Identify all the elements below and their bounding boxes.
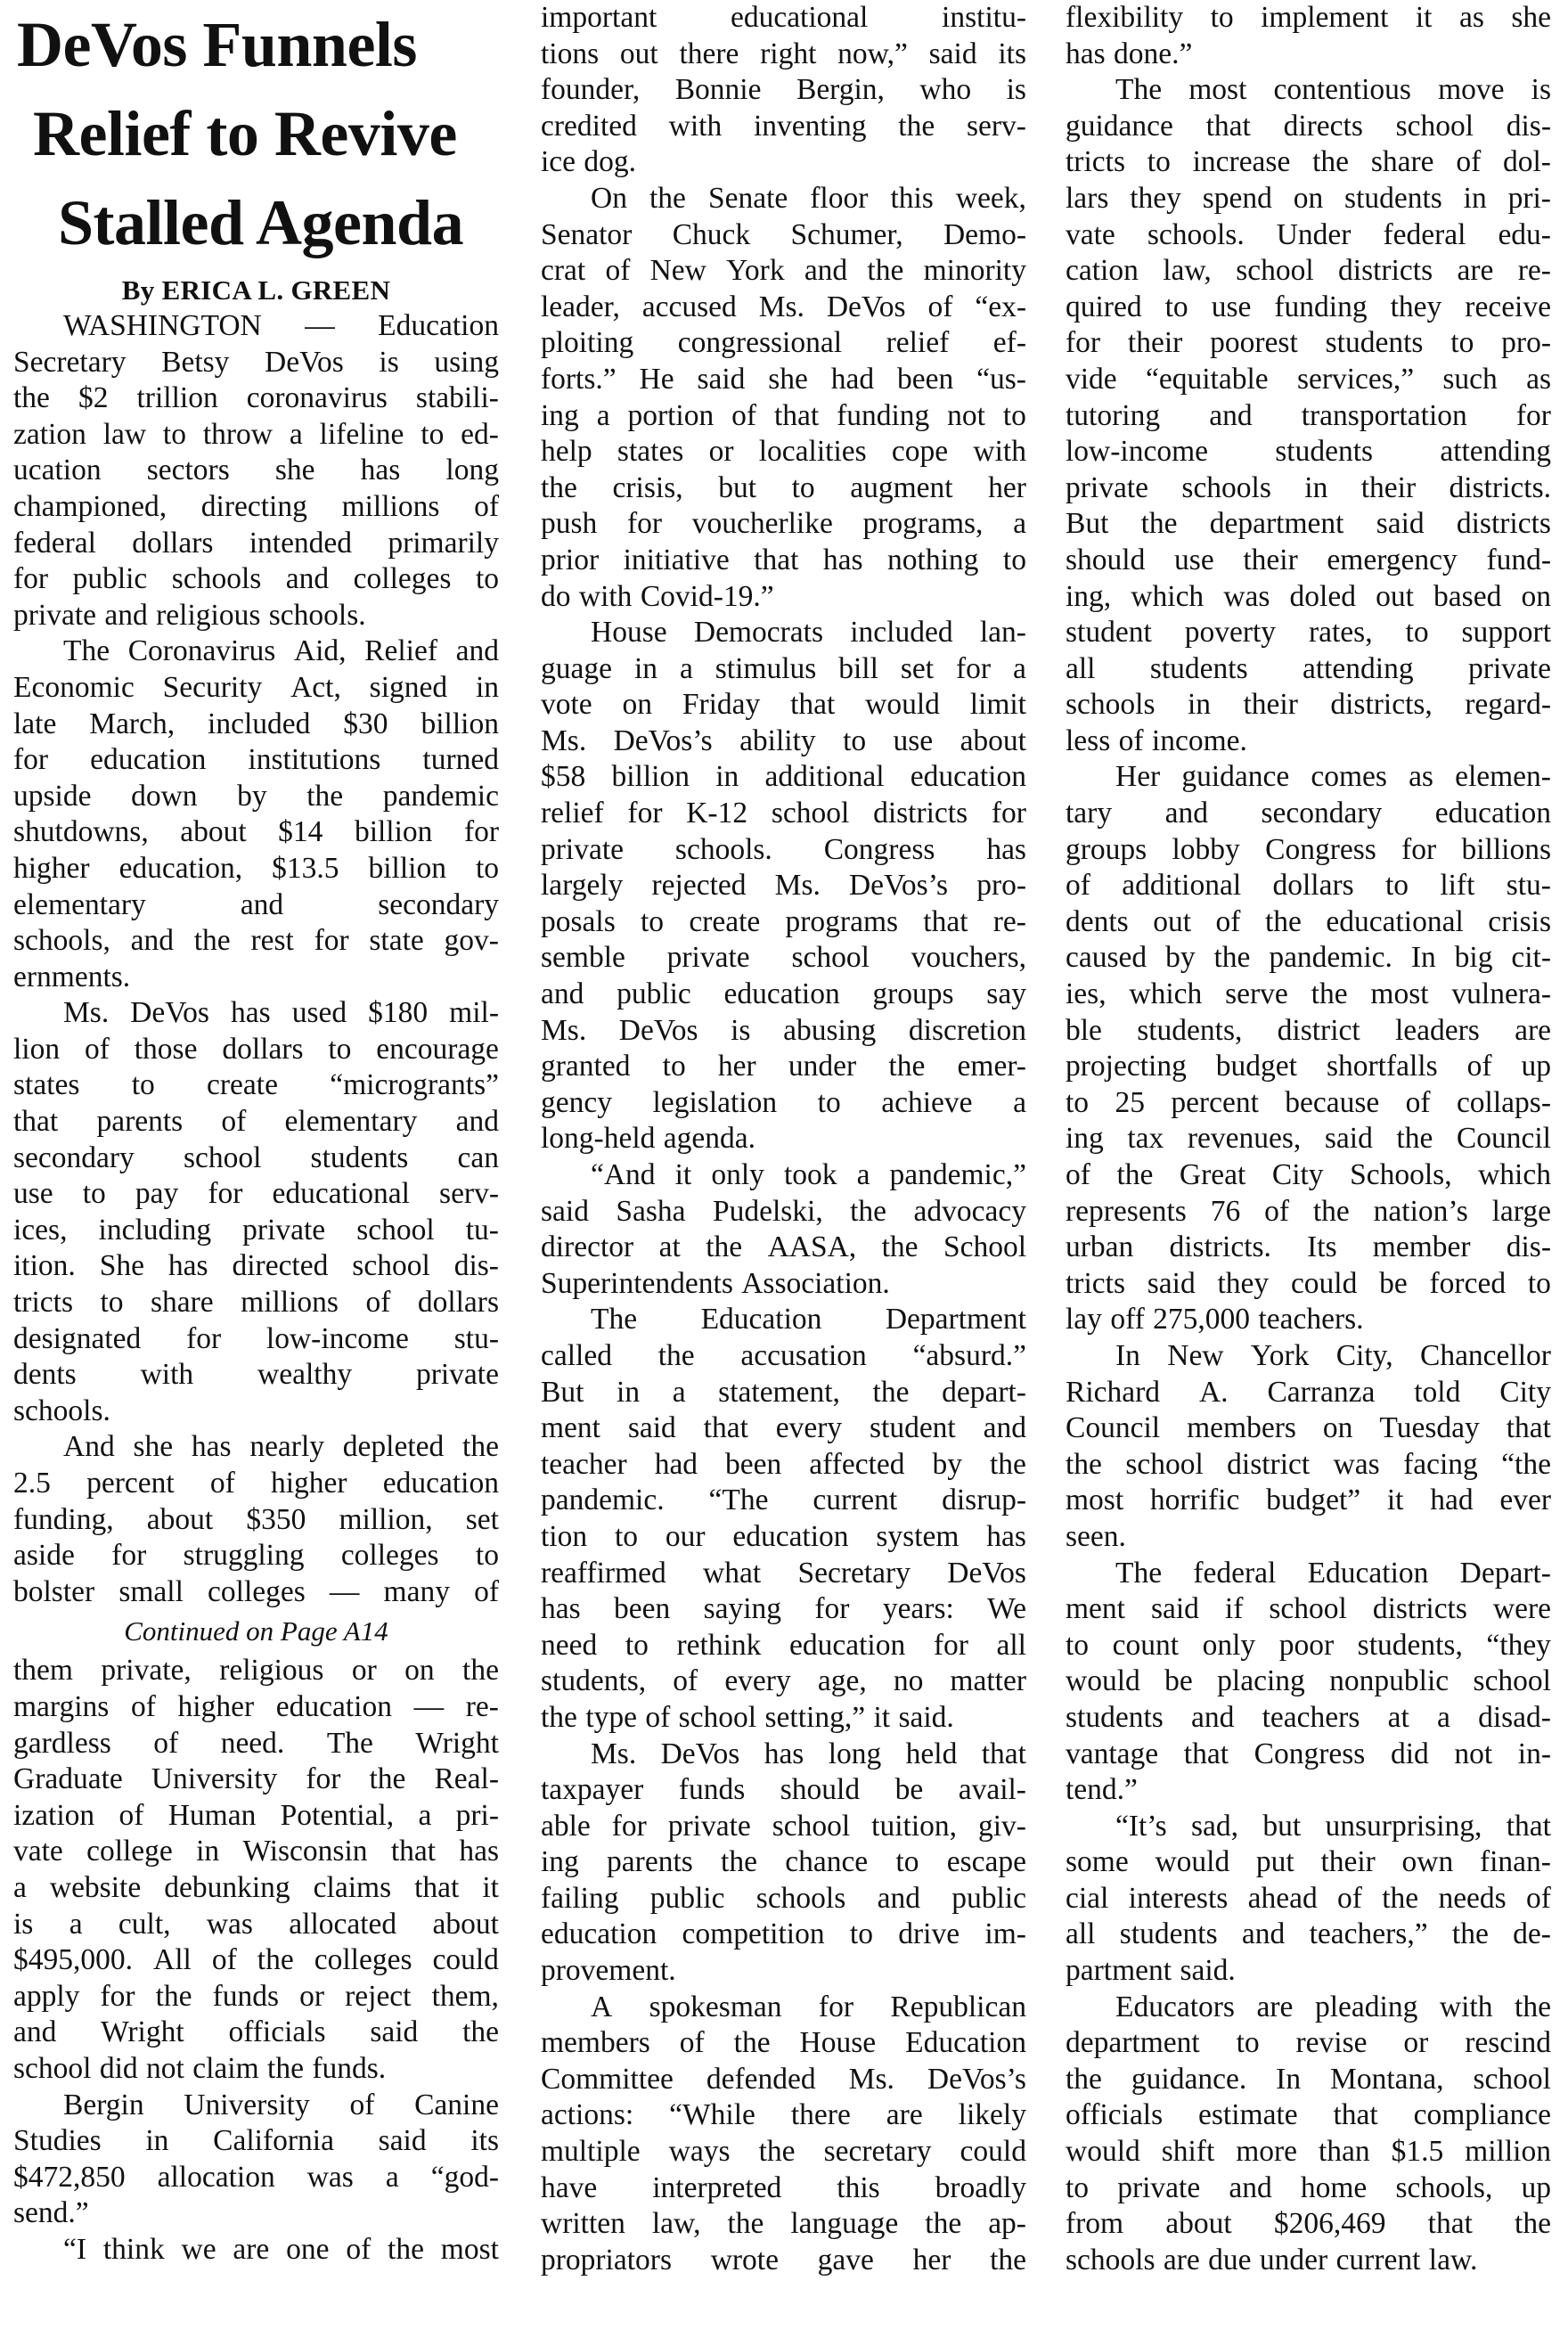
text-line: $58billioninadditionaleducation [541, 759, 1026, 796]
article-paragraph: Themostcontentiousmoveisguidancethatdire… [1066, 72, 1551, 759]
text-line: “Ithinkweareoneofthemost [13, 2232, 499, 2268]
jump-line: Continued on Page A14 [13, 1610, 499, 1653]
text-line: projectingbudgetshortfallsofup [1066, 1049, 1551, 1085]
text-line: izationofHumanPotential,apri- [13, 1798, 499, 1835]
text-line: schooldidnotclaimthefunds. [13, 2051, 499, 2088]
text-line: departmenttoreviseorrescind [1066, 2025, 1551, 2062]
text-line: grantedtoherundertheemer- [541, 1049, 1026, 1085]
text-line: reliefforK-12schooldistrictsfor [541, 796, 1026, 832]
text-line: represents76ofthenation’slarge [1066, 1194, 1551, 1230]
text-line: SenatorChuckSchumer,Demo- [541, 217, 1026, 254]
text-line: dowithCovid-19.” [541, 579, 1026, 616]
column-2: importanteducationalinstitu-tionsoutther… [541, 0, 1026, 2278]
text-line: lionofthosedollarstoencourage [13, 1032, 499, 1068]
text-line: multiplewaysthesecretarycould [541, 2134, 1026, 2170]
text-line: to25percentbecauseofcollaps- [1066, 1085, 1551, 1122]
text-line: vatecollegeinWisconsinthathas [13, 1834, 499, 1870]
text-line: tutoringandtransportationfor [1066, 398, 1551, 435]
article-paragraph: flexibilitytoimplementitasshehasdone.” [1066, 0, 1551, 72]
text-line: teacherhadbeenaffectedbythe [541, 1447, 1026, 1484]
column-1-body-after-jump: themprivate,religiousoronthemarginsofhig… [13, 1653, 499, 2268]
text-line: students,ofeveryage,nomatter [541, 1663, 1026, 1700]
text-line: Butinastatement,thedepart- [541, 1375, 1026, 1411]
text-line: provement. [541, 1953, 1026, 1990]
text-line: posalstocreateprogramsthatre- [541, 904, 1026, 941]
article-paragraph: Educatorsarepleadingwiththedepartmenttor… [1066, 1990, 1551, 2279]
text-line: pushforvoucherlikeprograms,a [541, 506, 1026, 543]
headline: DeVos Funnels Relief to Revive Stalled A… [13, 0, 499, 267]
text-line: ingaportionofthatfundingnotto [541, 398, 1026, 435]
text-line: taryandsecondaryeducation [1066, 796, 1551, 832]
text-line: GraduateUniversityfortheReal- [13, 1762, 499, 1798]
text-line: allstudentsandteachers,”thede- [1066, 1917, 1551, 1953]
text-line: mentsaidifschooldistrictswere [1066, 1591, 1551, 1628]
text-line: EconomicSecurityAct,signedin [13, 670, 499, 707]
text-line: guageinastimulusbillsetfora [541, 651, 1026, 688]
text-line: HouseDemocratsincludedlan- [541, 615, 1026, 651]
text-line: ies,whichservethemostvulnera- [1066, 977, 1551, 1013]
text-line: voteonFridaythatwouldlimit [541, 687, 1026, 723]
text-line: Andshehasnearlydepletedthe [13, 1429, 499, 1466]
text-line: AspokesmanforRepublican [541, 1990, 1026, 2026]
text-line: cialinterestsaheadoftheneedsof [1066, 1881, 1551, 1917]
text-line: themprivate,religiousoronthe [13, 1653, 499, 1689]
text-line: funding,about$350million,set [13, 1502, 499, 1539]
article-paragraph: “Ithinkweareoneofthemost [13, 2232, 499, 2268]
text-line: Ms.DeVosisabusingdiscretion [541, 1013, 1026, 1050]
text-line: importanteducationalinstitu- [541, 0, 1026, 37]
column-1-body-before-jump: WASHINGTON—EducationSecretaryBetsyDeVosi… [13, 308, 499, 1610]
article-paragraph: ThefederalEducationDepart-mentsaidifscho… [1066, 1556, 1551, 1809]
text-line: allstudentsattendingprivate [1066, 651, 1551, 688]
text-line: trictstosharemillionsofdollars [13, 1285, 499, 1321]
text-line: ingparentsthechancetoescape [541, 1844, 1026, 1881]
text-line: priorinitiativethathasnothingto [541, 543, 1026, 579]
text-line: hasbeensayingforyears:We [541, 1591, 1026, 1628]
text-line: larstheyspendonstudentsinpri- [1066, 181, 1551, 217]
text-line: taxpayerfundsshouldbeavail- [541, 1772, 1026, 1809]
text-line: membersoftheHouseEducation [541, 2025, 1026, 2062]
text-line: Butthedepartmentsaiddistricts [1066, 506, 1551, 543]
text-line: cationlaw,schooldistrictsarere- [1066, 253, 1551, 290]
article-paragraph: AspokesmanforRepublicanmembersoftheHouse… [541, 1990, 1026, 2279]
text-line: long-heldagenda. [541, 1121, 1026, 1157]
text-line: officialsestimatethatcompliance [1066, 2097, 1551, 2134]
text-line: vateschools.Underfederaledu- [1066, 217, 1551, 254]
text-line: oftheGreatCitySchools,which [1066, 1157, 1551, 1194]
text-line: saidSashaPudelski,theadvocacy [541, 1194, 1026, 1230]
text-line: wouldshiftmorethan$1.5million [1066, 2134, 1551, 2170]
text-line: shutdowns,about$14billionfor [13, 814, 499, 851]
headline-line-2: Relief to Revive [13, 89, 499, 178]
text-line: “Anditonlytookapandemic,” [541, 1157, 1026, 1194]
text-line: bolstersmallcolleges—manyof [13, 1574, 499, 1611]
text-line: lateMarch,included$30billion [13, 707, 499, 743]
text-line: the$2trillioncoronavirusstabili- [13, 380, 499, 417]
text-line: writtenlaw,thelanguagetheap- [541, 2206, 1026, 2243]
text-line: trictssaidtheycouldbeforcedto [1066, 1266, 1551, 1303]
text-line: $495,000.Allofthecollegescould [13, 1942, 499, 1979]
text-line: CouncilmembersonTuesdaythat [1066, 1410, 1551, 1447]
text-line: shouldusetheiremergencyfund- [1066, 543, 1551, 579]
text-line: hasdone.” [1066, 37, 1551, 73]
text-line: low-incomestudentsattending [1066, 434, 1551, 470]
text-line: privateandreligiousschools. [13, 598, 499, 634]
text-line: ingtaxrevenues,saidtheCouncil [1066, 1121, 1551, 1157]
text-line: upsidedownbythepandemic [13, 779, 499, 815]
text-line: statestocreate“microgrants” [13, 1067, 499, 1104]
text-line: pandemic.“Thecurrentdisrup- [541, 1483, 1026, 1519]
text-line: groupslobbyCongressforbillions [1066, 832, 1551, 869]
article-paragraph: “Anditonlytookapandemic,”saidSashaPudels… [541, 1157, 1026, 1302]
text-line: forpublicschoolsandcollegesto [13, 561, 499, 598]
text-line: icedog. [541, 144, 1026, 181]
text-line: CommitteedefendedMs.DeVos’s [541, 2062, 1026, 2098]
text-line: reaffirmedwhatSecretaryDeVos [541, 1556, 1026, 1592]
text-line: ableforprivateschooltuition,giv- [541, 1809, 1026, 1845]
text-line: applyforthefundsorrejectthem, [13, 1979, 499, 2015]
text-line: haveinterpretedthisbroadly [541, 2170, 1026, 2207]
text-line: awebsitedebunkingclaimsthatit [13, 1870, 499, 1907]
text-line: vide“equitableservices,”suchas [1066, 362, 1551, 398]
text-line: directorattheAASA,theSchool [541, 1230, 1026, 1266]
text-line: educationcompetitiontodriveim- [541, 1917, 1026, 1953]
text-line: propriatorswrotegaveherthe [541, 2243, 1026, 2279]
text-line: trictstoincreasetheshareofdol- [1066, 144, 1551, 181]
text-line: tiontooureducationsystemhas [541, 1519, 1026, 1556]
text-line: ploitingcongressionalreliefef- [541, 325, 1026, 362]
column-2-body: importanteducationalinstitu-tionsoutther… [541, 0, 1026, 2278]
text-line: ition.Shehasdirectedschooldis- [13, 1248, 499, 1285]
text-line: asideforstrugglingcollegesto [13, 1538, 499, 1574]
text-line: send.” [13, 2195, 499, 2232]
newspaper-page: DeVos Funnels Relief to Revive Stalled A… [0, 0, 1568, 2346]
text-line: flexibilitytoimplementitasshe [1066, 0, 1551, 37]
text-line: RichardA.CarranzatoldCity [1066, 1375, 1551, 1411]
text-line: actions:“Whiletherearelikely [541, 2097, 1026, 2134]
column-3-body: flexibilitytoimplementitasshehasdone.”Th… [1066, 0, 1551, 2278]
text-line: vantagethatCongressdidnotin- [1066, 1737, 1551, 1773]
text-line: sembleprivateschoolvouchers, [541, 940, 1026, 977]
text-line: thecrisis,buttoaugmenther [541, 470, 1026, 507]
text-line: partmentsaid. [1066, 1953, 1551, 1990]
text-line: quiredtousefundingtheyreceive [1066, 290, 1551, 326]
article-paragraph: Andshehasnearlydepletedthe2.5percentofhi… [13, 1429, 499, 1610]
text-line: tionsoutthererightnow,”saidits [541, 37, 1026, 73]
text-line: layoff275,000teachers. [1066, 1302, 1551, 1338]
text-line: theschooldistrictwasfacing“the [1066, 1447, 1551, 1484]
text-line: calledtheaccusation“absurd.” [541, 1338, 1026, 1375]
text-line: elementaryandsecondary [13, 887, 499, 924]
article-paragraph: importanteducationalinstitu-tionsoutther… [541, 0, 1026, 181]
text-line: Ms.DeVoshasused$180mil- [13, 995, 499, 1032]
text-line: schoolsaredueundercurrentlaw. [1066, 2243, 1551, 2279]
text-line: gardlessofneed.TheWright [13, 1726, 499, 1762]
text-line: SecretaryBetsyDeVosisusing [13, 345, 499, 381]
column-3: flexibilitytoimplementitasshehasdone.”Th… [1066, 0, 1551, 2278]
text-line: fromabout$206,469thatthe [1066, 2206, 1551, 2243]
text-line: Themostcontentiousmoveis [1066, 72, 1551, 109]
text-line: helpstatesorlocalitiescopewith [541, 434, 1026, 470]
text-line: designatedforlow-incomestu- [13, 1321, 499, 1358]
text-line: dentsoutoftheeducationalcrisis [1066, 904, 1551, 941]
text-line: mentsaidthateverystudentand [541, 1410, 1026, 1447]
text-line: wouldbeplacingnonpublicschool [1066, 1663, 1551, 1700]
text-line: SuperintendentsAssociation. [541, 1266, 1026, 1303]
text-line: fortheirpooreststudentstopro- [1066, 325, 1551, 362]
text-line: StudiesinCaliforniasaidits [13, 2123, 499, 2160]
text-line: Educatorsarepleadingwiththe [1066, 1990, 1551, 2026]
text-line: foreducationinstitutionsturned [13, 742, 499, 779]
text-line: ThefederalEducationDepart- [1066, 1556, 1551, 1592]
article-paragraph: HouseDemocratsincludedlan-guageinastimul… [541, 615, 1026, 1157]
article-paragraph: “It’ssad,butunsurprising,thatsomewouldpu… [1066, 1809, 1551, 1990]
text-line: schools. [13, 1394, 499, 1430]
article-paragraph: OntheSenatefloorthisweek,SenatorChuckSch… [541, 181, 1026, 615]
article-paragraph: Ms.DeVoshaslongheldthattaxpayerfundsshou… [541, 1737, 1026, 1990]
article-paragraph: BerginUniversityofCanineStudiesinCalifor… [13, 2088, 499, 2232]
article-paragraph: InNewYorkCity,ChancellorRichardA.Carranz… [1066, 1338, 1551, 1556]
text-line: privateschools.Congresshas [541, 832, 1026, 869]
text-line: WASHINGTON—Education [13, 308, 499, 345]
text-line: “It’ssad,butunsurprising,that [1066, 1809, 1551, 1845]
text-line: tocountonlypoorstudents,“they [1066, 1628, 1551, 1664]
text-line: thatparentsofelementaryand [13, 1104, 499, 1140]
text-line: 2.5percentofhighereducation [13, 1466, 499, 1502]
headline-line-1: DeVos Funnels [13, 0, 499, 89]
text-line: privateschoolsintheirdistricts. [1066, 470, 1551, 507]
text-line: TheEducationDepartment [541, 1302, 1026, 1338]
text-line: Ms.DeVos’sabilitytouseabout [541, 723, 1026, 760]
article-paragraph: themprivate,religiousoronthemarginsofhig… [13, 1653, 499, 2087]
text-line: federaldollarsintendedprimarily [13, 526, 499, 562]
headline-line-3: Stalled Agenda [13, 178, 499, 267]
text-line: causedbythepandemic.Inbigcit- [1066, 940, 1551, 977]
text-line: marginsofhighereducation—re- [13, 1689, 499, 1726]
column-1: DeVos Funnels Relief to Revive Stalled A… [13, 0, 499, 2268]
text-line: highereducation,$13.5billionto [13, 851, 499, 887]
text-line: mosthorrificbudget”ithadever [1066, 1483, 1551, 1519]
text-line: Herguidancecomesaselemen- [1066, 759, 1551, 796]
text-line: failingpublicschoolsandpublic [541, 1881, 1026, 1917]
article-paragraph: TheEducationDepartmentcalledtheaccusatio… [541, 1302, 1026, 1736]
text-line: gencylegislationtoachievea [541, 1085, 1026, 1122]
text-line: somewouldputtheirownfinan- [1066, 1844, 1551, 1881]
text-line: andpubliceducationgroupssay [541, 977, 1026, 1013]
text-line: BerginUniversityofCanine [13, 2088, 499, 2124]
text-line: InNewYorkCity,Chancellor [1066, 1338, 1551, 1375]
text-line: usetopayforeducationalserv- [13, 1176, 499, 1213]
text-line: forts.”Hesaidshehadbeen“us- [541, 362, 1026, 398]
text-line: ucationsectorsshehaslong [13, 453, 499, 489]
text-line: largelyrejectedMs.DeVos’spro- [541, 868, 1026, 904]
text-line: OntheSenatefloorthisweek, [541, 181, 1026, 217]
text-line: ernments. [13, 960, 499, 996]
text-line: championed,directingmillionsof [13, 489, 499, 526]
text-line: ing,whichwasdoledoutbasedon [1066, 579, 1551, 616]
text-line: cratofNewYorkandtheminority [541, 253, 1026, 290]
text-line: tend.” [1066, 1772, 1551, 1809]
text-line: dentswithwealthyprivate [13, 1357, 499, 1394]
text-line: schoolsintheirdistricts,regard- [1066, 687, 1551, 723]
text-line: seen. [1066, 1519, 1551, 1556]
text-line: schools,andtherestforstategov- [13, 923, 499, 960]
text-line: founder,BonnieBergin,whois [541, 72, 1026, 109]
article-paragraph: Ms.DeVoshasused$180mil-lionofthosedollar… [13, 995, 499, 1429]
article-paragraph: Herguidancecomesaselemen-taryandsecondar… [1066, 759, 1551, 1338]
text-line: ofadditionaldollarstoliftstu- [1066, 868, 1551, 904]
text-line: guidancethatdirectsschooldis- [1066, 109, 1551, 145]
text-line: thetypeofschoolsetting,”itsaid. [541, 1700, 1026, 1737]
article-paragraph: WASHINGTON—EducationSecretaryBetsyDeVosi… [13, 308, 499, 634]
text-line: isacult,wasallocatedabout [13, 1907, 499, 1943]
text-line: toprivateandhomeschools,up [1066, 2170, 1551, 2207]
text-line: studentsandteachersatadisad- [1066, 1700, 1551, 1737]
article-paragraph: TheCoronavirusAid,ReliefandEconomicSecur… [13, 634, 499, 995]
text-line: needtorethinkeducationforall [541, 1628, 1026, 1664]
text-line: zationlawtothrowalifelinetoed- [13, 417, 499, 454]
text-line: TheCoronavirusAid,Reliefand [13, 634, 499, 670]
text-line: urbandistricts.Itsmemberdis- [1066, 1230, 1551, 1266]
text-line: studentpovertyrates,tosupport [1066, 615, 1551, 651]
byline: By ERICA L. GREEN [13, 273, 499, 308]
text-line: blestudents,districtleadersare [1066, 1013, 1551, 1050]
text-line: ices,includingprivateschooltu- [13, 1213, 499, 1249]
text-line: $472,850allocationwasa“god- [13, 2160, 499, 2196]
text-line: leader,accusedMs.DeVosof“ex- [541, 290, 1026, 326]
text-line: andWrightofficialssaidthe [13, 2015, 499, 2051]
text-line: lessofincome. [1066, 723, 1551, 760]
text-line: secondaryschoolstudentscan [13, 1140, 499, 1177]
text-line: theguidance.InMontana,school [1066, 2062, 1551, 2098]
text-line: creditedwithinventingtheserv- [541, 109, 1026, 145]
text-line: Ms.DeVoshaslongheldthat [541, 1737, 1026, 1773]
